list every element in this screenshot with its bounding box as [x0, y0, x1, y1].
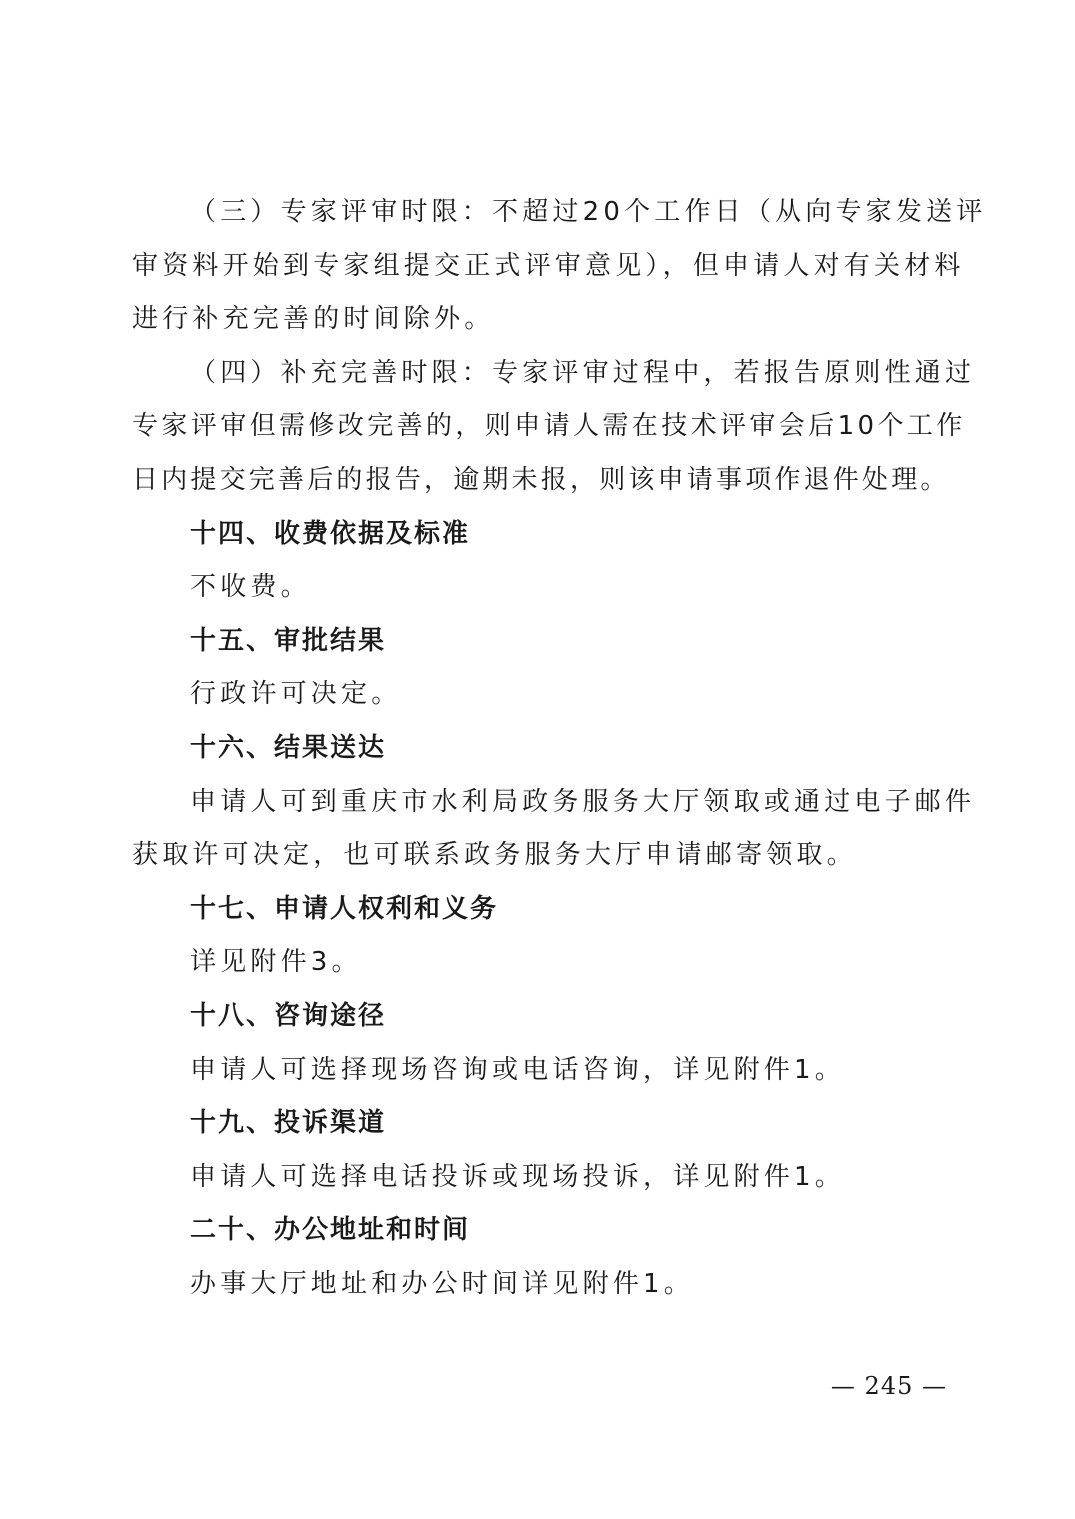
paragraph-line: 办事大厅地址和办公时间详见附件1。	[132, 1258, 944, 1312]
paragraph-line: （三）专家评审时限：不超过20个工作日（从向专家发送评	[132, 186, 944, 240]
page-number: — 245 —	[831, 1372, 947, 1400]
paragraph-line: 审资料开始到专家组提交正式评审意见），但申请人对有关材料	[132, 240, 944, 294]
paragraph-line: 获取许可决定，也可联系政务服务大厅申请邮寄领取。	[132, 829, 944, 883]
section-heading-rights: 十七、申请人权利和义务	[132, 883, 944, 937]
paragraph-line: 申请人可选择电话投诉或现场投诉，详见附件1。	[132, 1151, 944, 1205]
paragraph-line: 日内提交完善后的报告，逾期未报，则该申请事项作退件处理。	[132, 454, 944, 508]
section-heading-consultation: 十八、咨询途径	[132, 990, 944, 1044]
paragraph-line: 行政许可决定。	[132, 668, 944, 722]
paragraph-line: 不收费。	[132, 561, 944, 615]
paragraph-line: 申请人可到重庆市水利局政务服务大厅领取或通过电子邮件	[132, 776, 944, 830]
section-heading-office: 二十、办公地址和时间	[132, 1204, 944, 1258]
paragraph-line: （四）补充完善时限：专家评审过程中，若报告原则性通过	[132, 347, 944, 401]
paragraph-line: 专家评审但需修改完善的，则申请人需在技术评审会后10个工作	[132, 400, 944, 454]
document-page: （三）专家评审时限：不超过20个工作日（从向专家发送评 审资料开始到专家组提交正…	[132, 186, 944, 1311]
section-heading-fees: 十四、收费依据及标准	[132, 508, 944, 562]
section-heading-result: 十五、审批结果	[132, 615, 944, 669]
section-heading-complaint: 十九、投诉渠道	[132, 1097, 944, 1151]
section-heading-delivery: 十六、结果送达	[132, 722, 944, 776]
paragraph-line: 进行补充完善的时间除外。	[132, 293, 944, 347]
paragraph-line: 申请人可选择现场咨询或电话咨询，详见附件1。	[132, 1044, 944, 1098]
paragraph-line: 详见附件3。	[132, 936, 944, 990]
